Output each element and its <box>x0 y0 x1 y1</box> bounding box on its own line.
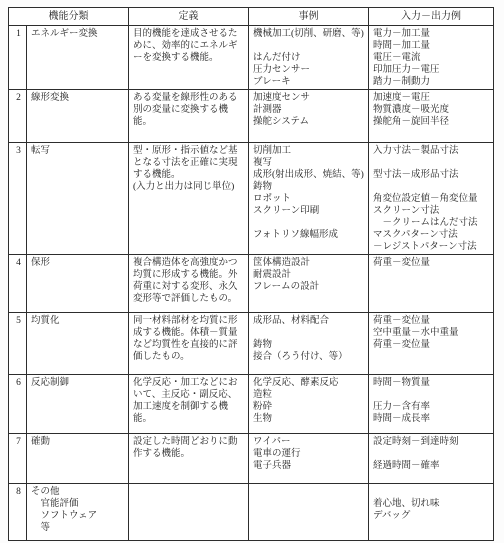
row-number: 8 <box>9 484 27 541</box>
examples-cell: 加速度センサ 計測器 操舵システム <box>249 90 369 143</box>
category-cell: 反応制御 <box>27 375 129 434</box>
header-input-output: 入力－出力例 <box>369 8 494 26</box>
table-row: 3 転写 型・原形・指示値など基 となる寸法を正確に実現 する機能。 (入力と出… <box>9 143 494 255</box>
table-row: 7 確動 設定した時間どおりに動 作する機能。 ワイパー 電車の運行 電子兵器 … <box>9 434 494 484</box>
definition-cell: ある変量を線形性のある 別の変量に変換する機能。 <box>129 90 249 143</box>
io-cell: 加速度－電圧 物質濃度－吸光度 操舵角－旋回半径 <box>369 90 494 143</box>
row-number: 5 <box>9 313 27 375</box>
category-cell: 確動 <box>27 434 129 484</box>
header-row: 機能分類 定義 事例 入力－出力例 <box>9 8 494 26</box>
table-row: 4 保形 複合構造体を高強度かつ 均質に形成する機能。外 荷重に対する変形、永久… <box>9 255 494 313</box>
category-cell: エネルギー変換 <box>27 26 129 90</box>
definition-cell: 複合構造体を高強度かつ 均質に形成する機能。外 荷重に対する変形、永久 変形等で… <box>129 255 249 313</box>
category-cell: 転写 <box>27 143 129 255</box>
table-row: 6 反応制御 化学反応・加工などにお いて、主反応・副反応、 加工速度を制御する… <box>9 375 494 434</box>
category-cell: 線形変換 <box>27 90 129 143</box>
io-cell: 時間－物質量 圧力－含有率 時間－成長率 <box>369 375 494 434</box>
row-number: 4 <box>9 255 27 313</box>
header-examples: 事例 <box>249 8 369 26</box>
examples-cell: 切削加工 複写 成形(射出成形、焼結、等) 鋳物 ロボット スクリーン印刷 フォ… <box>249 143 369 255</box>
io-cell: 荷重－変位量 <box>369 255 494 313</box>
row-number: 2 <box>9 90 27 143</box>
examples-cell: 筐体構造設計 耐震設計 フレームの設計 <box>249 255 369 313</box>
definition-cell: 型・原形・指示値など基 となる寸法を正確に実現 する機能。 (入力と出力は同じ単… <box>129 143 249 255</box>
io-cell: 入力寸法－製品寸法 型寸法－成形品寸法 角変位設定値－角変位量 スクリーン寸法 … <box>369 143 494 255</box>
row-number: 6 <box>9 375 27 434</box>
definition-cell: 化学反応・加工などにお いて、主反応・副反応、 加工速度を制御する機能。 <box>129 375 249 434</box>
table-row: 8 その他 官能評価 ソフトウェア 等 着心地、切れ味 デバッグ <box>9 484 494 541</box>
category-cell: その他 官能評価 ソフトウェア 等 <box>27 484 129 541</box>
io-cell: 荷重－変位量 空中重量－水中重量 荷重－変位量 <box>369 313 494 375</box>
function-classification-table: 機能分類 定義 事例 入力－出力例 1 エネルギー変換 目的機能を達成させるた … <box>8 7 494 541</box>
io-cell: 電力－加工量 時間－加工量 電圧－電流 印加圧力－電圧 踏力－制動力 <box>369 26 494 90</box>
examples-cell: 成形品、材料配合 鋳物 接合（ろう付け、等） <box>249 313 369 375</box>
io-cell: 着心地、切れ味 デバッグ <box>369 484 494 541</box>
category-cell: 均質化 <box>27 313 129 375</box>
category-cell: 保形 <box>27 255 129 313</box>
table-row: 2 線形変換 ある変量を線形性のある 別の変量に変換する機能。 加速度センサ 計… <box>9 90 494 143</box>
row-number: 1 <box>9 26 27 90</box>
definition-cell <box>129 484 249 541</box>
examples-cell: ワイパー 電車の運行 電子兵器 <box>249 434 369 484</box>
table-row: 1 エネルギー変換 目的機能を達成させるた めに、効率的にエネルギ ーを変換する… <box>9 26 494 90</box>
examples-cell: 機械加工(切削、研磨、等) はんだ付け 圧力センサー ブレーキ <box>249 26 369 90</box>
header-definition: 定義 <box>129 8 249 26</box>
definition-cell: 目的機能を達成させるた めに、効率的にエネルギ ーを変換する機能。 <box>129 26 249 90</box>
examples-cell <box>249 484 369 541</box>
examples-cell: 化学反応、酵素反応 造粒 粉砕 生物 <box>249 375 369 434</box>
document-page: 機能分類 定義 事例 入力－出力例 1 エネルギー変換 目的機能を達成させるた … <box>0 0 504 543</box>
row-number: 7 <box>9 434 27 484</box>
io-cell: 設定時刻－到達時刻 経過時間－確率 <box>369 434 494 484</box>
definition-cell: 設定した時間どおりに動 作する機能。 <box>129 434 249 484</box>
definition-cell: 同一材料部材を均質に形 成する機能。体積－質量 など均質性を直接的に評 価したも… <box>129 313 249 375</box>
row-number: 3 <box>9 143 27 255</box>
table-row: 5 均質化 同一材料部材を均質に形 成する機能。体積－質量 など均質性を直接的に… <box>9 313 494 375</box>
header-function-category: 機能分類 <box>9 8 129 26</box>
